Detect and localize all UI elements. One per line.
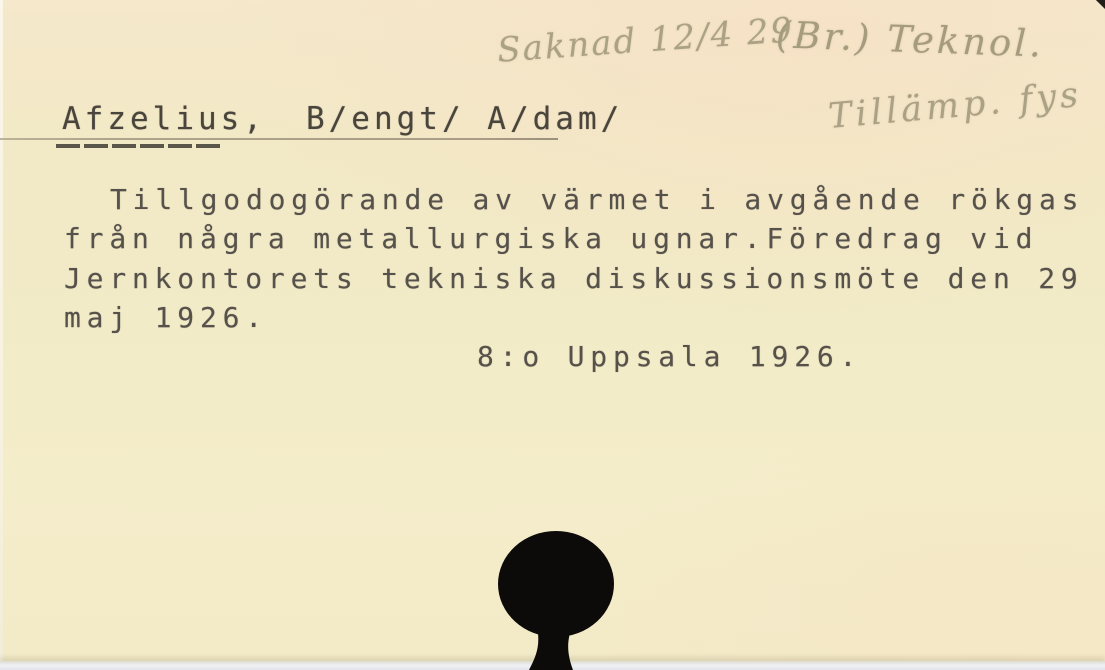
handwritten-subject-note: Tillämp. fys [827, 75, 1084, 137]
author-given-names: B/engt/ A/dam/ [306, 101, 623, 137]
body-line: från några metallurgiska ugnar.Föredrag … [64, 222, 1084, 261]
author-heading: Afzelius,B/engt/ A/dam/ [62, 101, 623, 137]
author-surname: Afzelius, [62, 101, 266, 137]
keyhole-punch-hole-icon [496, 531, 618, 670]
catalog-card: Saknad 12/4 29. (Br.) Teknol. Tillämp. f… [0, 0, 1105, 670]
card-body-text: Tillgodogörande av värmet i avgående rök… [64, 183, 1084, 379]
heading-rule-line [0, 138, 558, 140]
imprint-line: 8:o Uppsala 1926. [477, 340, 1084, 379]
corner-mark [1092, 0, 1105, 9]
card-left-edge [0, 0, 3, 670]
body-line: maj 1926. [64, 301, 1084, 340]
body-line: Jernkontorets tekniska diskussionsmöte d… [64, 262, 1084, 301]
surname-underline [56, 144, 224, 148]
handwritten-category-note: (Br.) Teknol. [775, 13, 1044, 65]
handwritten-date-note: Saknad 12/4 29. [496, 9, 808, 71]
body-line: Tillgodogörande av värmet i avgående rök… [64, 183, 1084, 222]
